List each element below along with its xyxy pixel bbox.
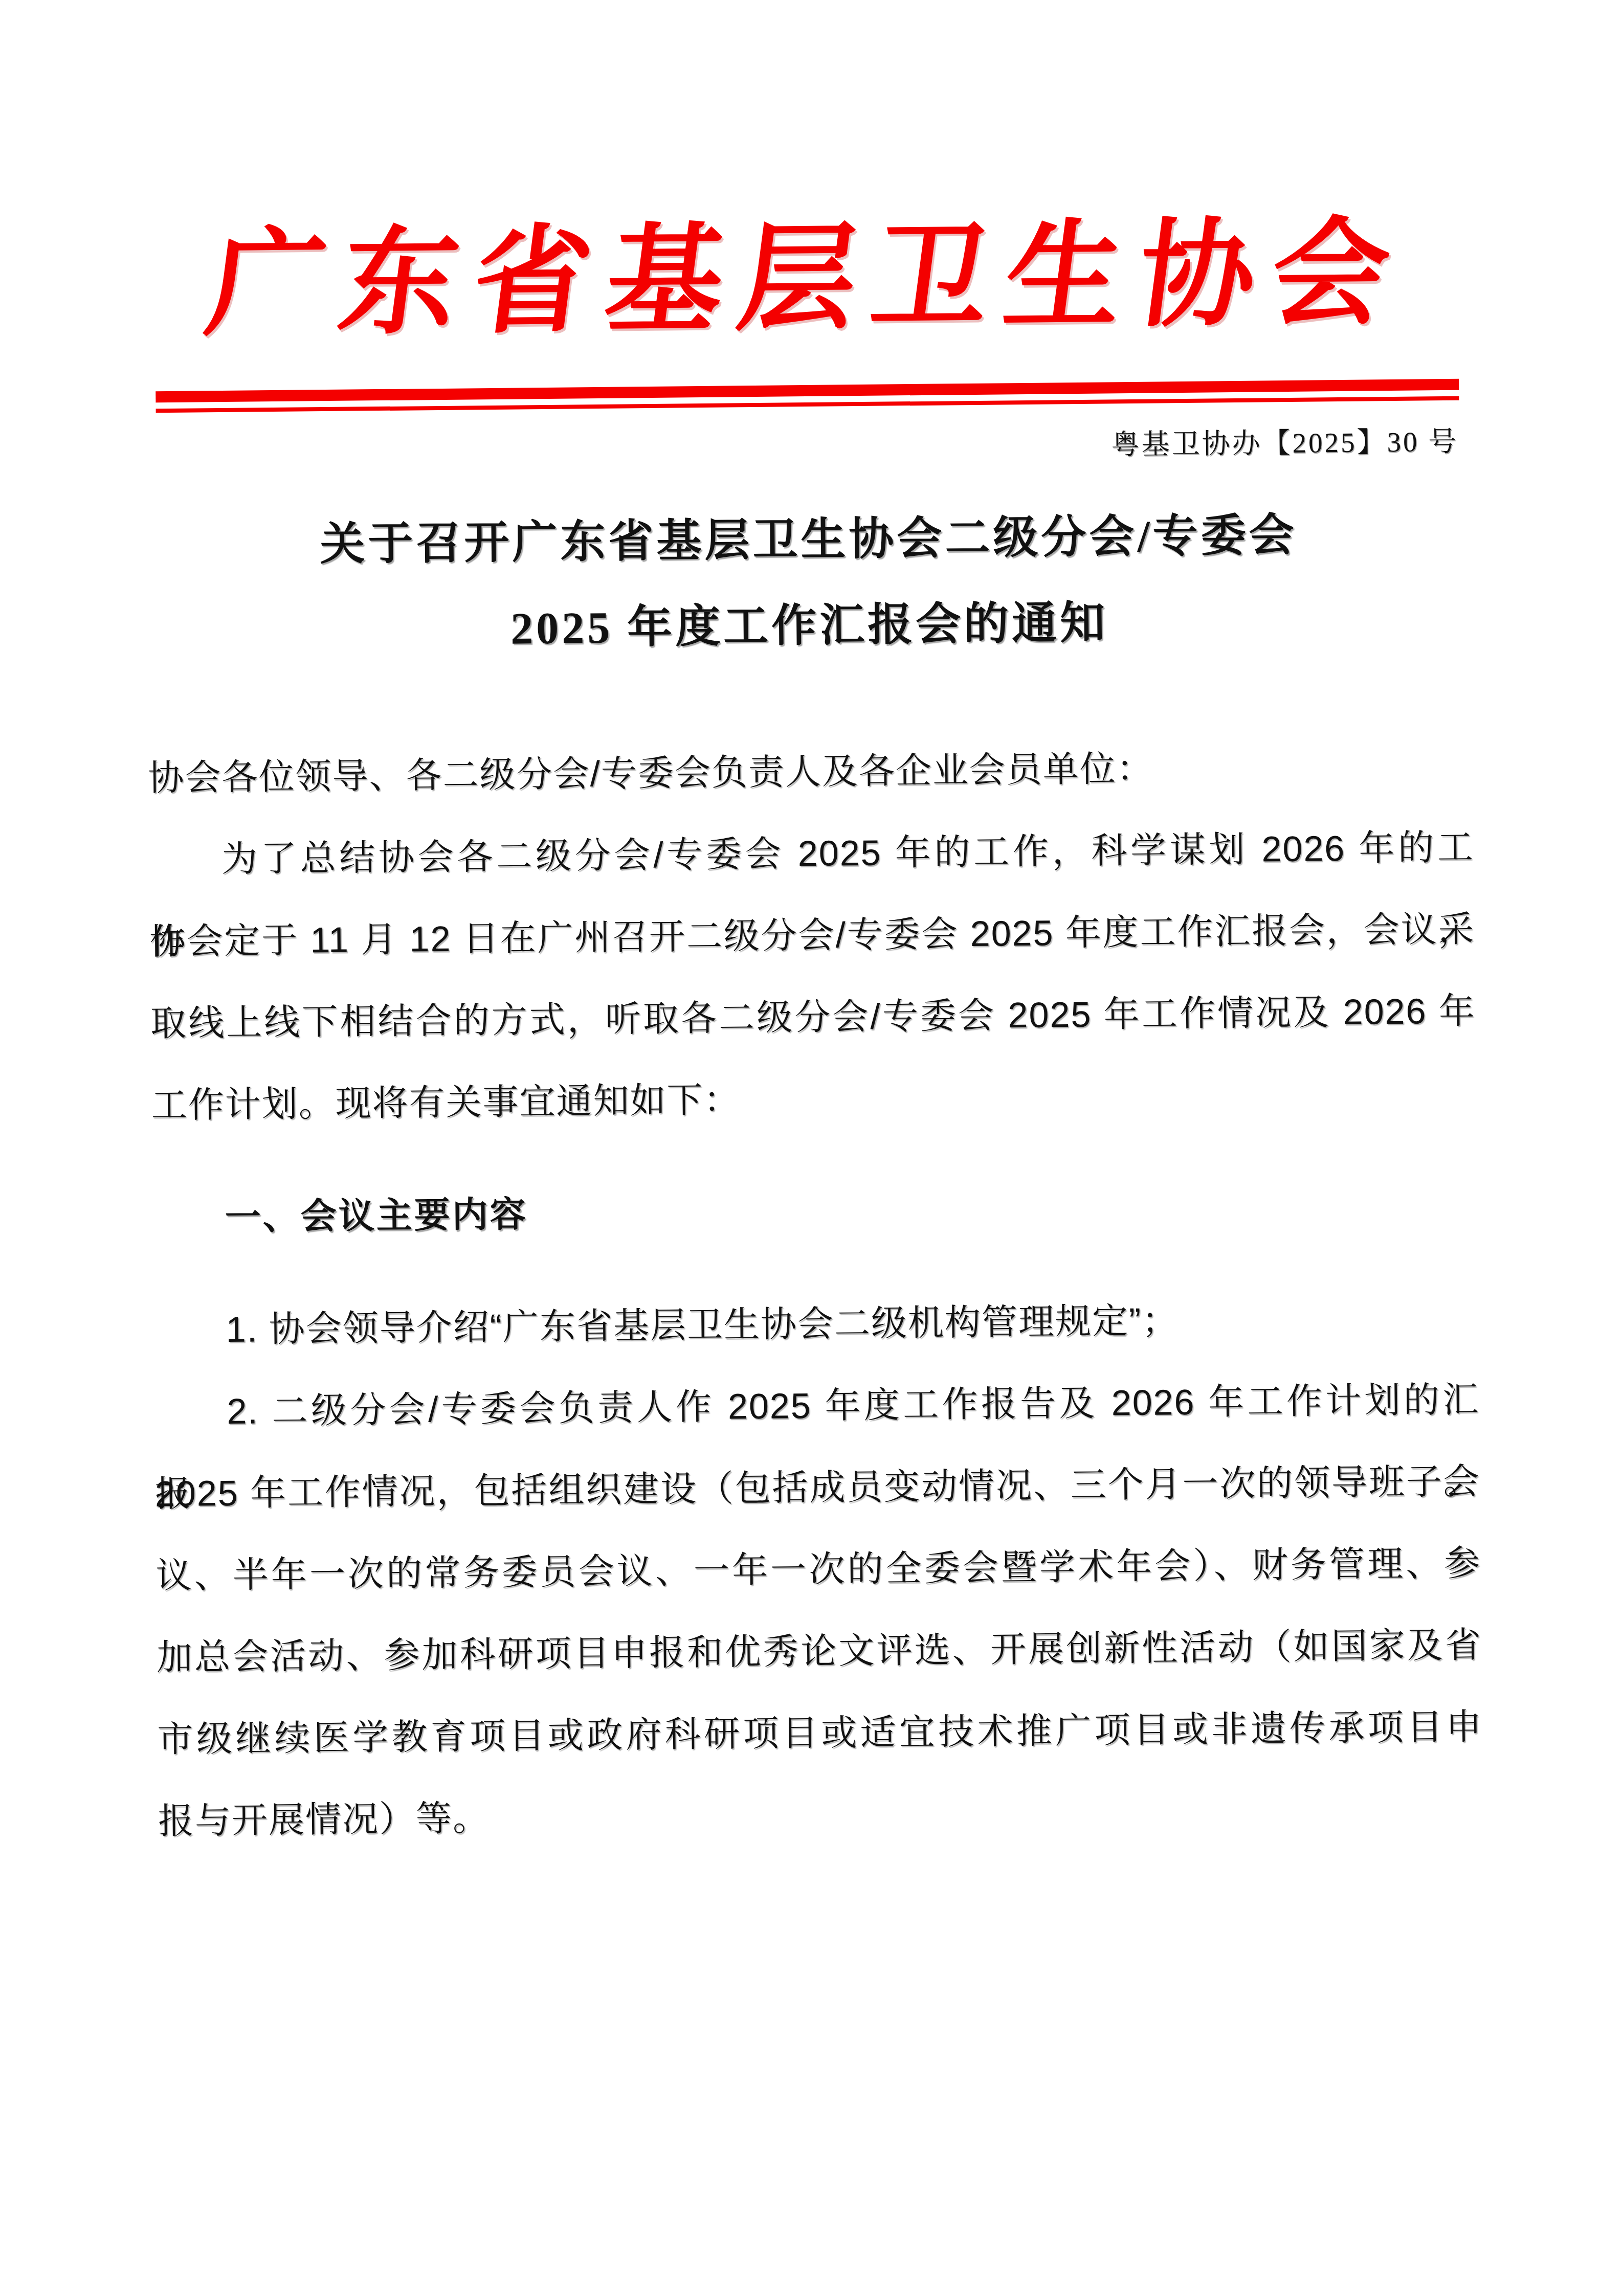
subject-title-line1: 关于召开广东省基层卫生协会二级分会/专委会	[0, 490, 1621, 591]
intro-line: 协会定于 11 月 12 日在广州召开二级分会/专委会 2025 年度工作汇报会…	[149, 888, 1475, 983]
doc-number: 粤基卫协办【2025】30 号	[0, 424, 1620, 471]
body-text: 协会各位领导、各二级分会/专委会负责人及各企业会员单位： 为了总结协会各二级分会…	[148, 725, 1484, 1862]
red-separator	[155, 379, 1459, 413]
list-item-1: 1. 协会领导介绍“广东省基层卫生协会二级机构管理规定”；	[153, 1277, 1479, 1371]
salutation: 协会各位领导、各二级分会/专委会负责人及各企业会员单位：	[148, 725, 1474, 819]
document-page: 广东省基层卫生协会 粤基卫协办【2025】30 号 关于召开广东省基层卫生协会二…	[0, 0, 1624, 2296]
section-heading: 一、会议主要内容	[152, 1164, 1478, 1259]
subject-title: 关于召开广东省基层卫生协会二级分会/专委会 2025 年度工作汇报会的通知	[0, 490, 1621, 677]
intro-line: 为了总结协会各二级分会/专委会 2025 年的工作，科学谋划 2026 年的工作…	[148, 806, 1474, 901]
list-item-2-line: 2. 二级分会/专委会负责人作 2025 年度工作报告及 2026 年工作计划的…	[154, 1359, 1480, 1453]
list-item-2-line: 加总会活动、参加科研项目申报和优秀论文评选、开展创新性活动（如国家及省	[156, 1604, 1482, 1699]
list-item-2-line: 议、半年一次的常务委员会议、一年一次的全委会暨学术年会）、财务管理、参	[155, 1522, 1481, 1617]
org-title-text: 广东省基层卫生协会	[199, 214, 1412, 346]
subject-title-line2: 2025 年度工作汇报会的通知	[0, 576, 1621, 677]
intro-line: 工作计划。现将有关事宜通知如下：	[151, 1052, 1477, 1146]
org-title: 广东省基层卫生协会	[0, 212, 1618, 348]
intro-line: 取线上线下相结合的方式，听取各二级分会/专委会 2025 年工作情况及 2026…	[150, 970, 1476, 1065]
list-item-2-line: 报与开展情况）等。	[158, 1767, 1483, 1862]
list-item-2-line: 市级继续医学教育项目或政府科研项目或适宜技术推广项目或非遗传承项目申	[157, 1685, 1483, 1780]
list-item-2-line: 2025 年工作情况，包括组织建设（包括成员变动情况、三个月一次的领导班子会	[154, 1440, 1480, 1535]
scanned-content: 广东省基层卫生协会 粤基卫协办【2025】30 号 关于召开广东省基层卫生协会二…	[0, 212, 1624, 1863]
